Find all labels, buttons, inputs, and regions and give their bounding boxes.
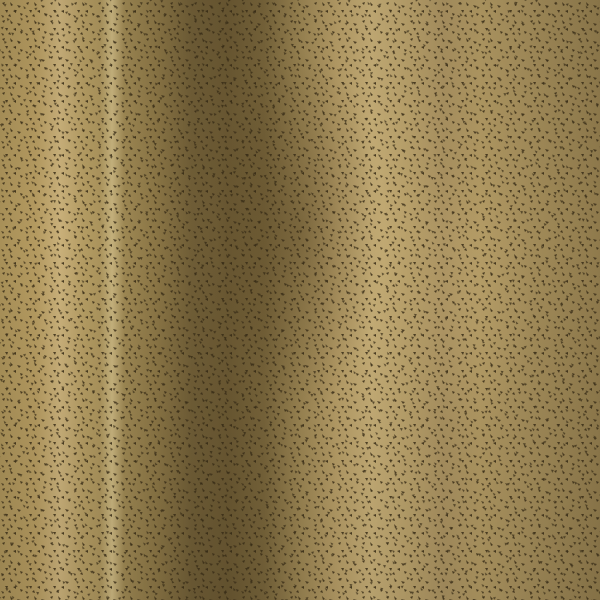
brass-texture-surface [0, 0, 600, 600]
speckle-pattern [0, 0, 600, 600]
